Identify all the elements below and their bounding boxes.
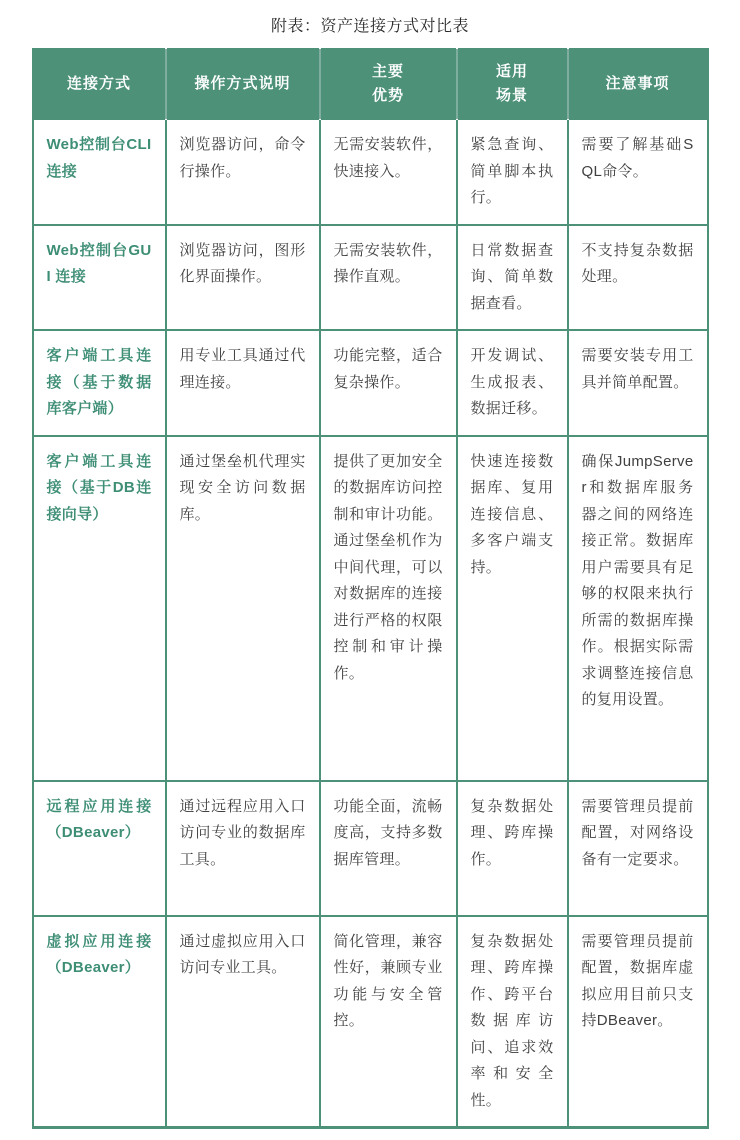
operation-cell: 浏览器访问，图形化界面操作。 xyxy=(166,225,320,331)
header-operation-description: 操作方式说明 xyxy=(166,49,320,119)
header-row: 连接方式 操作方式说明 主要 优势 适用 场景 注意事项 xyxy=(33,49,708,119)
header-main-advantage: 主要 优势 xyxy=(320,49,457,119)
header-notes: 注意事项 xyxy=(568,49,708,119)
note-cell: 确保JumpServer和数据库服务器之间的网络连接正常。数据库用户需要具有足够… xyxy=(568,436,708,781)
scenario-cell: 复杂数据处理、跨库操作、跨平台数据库访问、追求效率和安全性。 xyxy=(457,916,568,1128)
table-body: Web控制台CLI连接 浏览器访问，命令行操作。 无需安装软件，快速接入。 紧急… xyxy=(33,119,708,1128)
asset-connection-comparison-table: 连接方式 操作方式说明 主要 优势 适用 场景 注意事项 Web控制台CLI连接… xyxy=(32,48,709,1129)
table-row: 客户端工具连接（基于DB连接向导） 通过堡垒机代理实现安全访问数据库。 提供了更… xyxy=(33,436,708,781)
advantage-cell: 提供了更加安全的数据库访问控制和审计功能。通过堡垒机作为中间代理，可以对数据库的… xyxy=(320,436,457,781)
header-connection-method: 连接方式 xyxy=(33,49,166,119)
note-cell: 不支持复杂数据处理。 xyxy=(568,225,708,331)
operation-cell: 用专业工具通过代理连接。 xyxy=(166,330,320,436)
page-title: 附表：资产连接方式对比表 xyxy=(0,0,740,48)
advantage-cell: 功能完整，适合复杂操作。 xyxy=(320,330,457,436)
note-cell: 需要管理员提前配置，数据库虚拟应用目前只支持DBeaver。 xyxy=(568,916,708,1128)
advantage-cell: 简化管理，兼容性好，兼顾专业功能与安全管控。 xyxy=(320,916,457,1128)
scenario-cell: 紧急查询、简单脚本执行。 xyxy=(457,119,568,225)
advantage-cell: 功能全面，流畅度高，支持多数据库管理。 xyxy=(320,781,457,916)
operation-cell: 浏览器访问，命令行操作。 xyxy=(166,119,320,225)
table-row: Web控制台GUI 连接 浏览器访问，图形化界面操作。 无需安装软件，操作直观。… xyxy=(33,225,708,331)
advantage-cell: 无需安装软件，快速接入。 xyxy=(320,119,457,225)
method-cell: Web控制台GUI 连接 xyxy=(33,225,166,331)
header-applicable-scenario: 适用 场景 xyxy=(457,49,568,119)
method-cell: 客户端工具连接（基于DB连接向导） xyxy=(33,436,166,781)
method-cell: 虚拟应用连接（DBeaver） xyxy=(33,916,166,1128)
operation-cell: 通过堡垒机代理实现安全访问数据库。 xyxy=(166,436,320,781)
document-page: 附表：资产连接方式对比表 连接方式 操作方式说明 主要 优势 适用 场景 注意事… xyxy=(0,0,740,1129)
note-cell: 需要安装专用工具并简单配置。 xyxy=(568,330,708,436)
table-row: 客户端工具连接（基于数据库客户端） 用专业工具通过代理连接。 功能完整，适合复杂… xyxy=(33,330,708,436)
scenario-cell: 开发调试、生成报表、数据迁移。 xyxy=(457,330,568,436)
table-row: 虚拟应用连接（DBeaver） 通过虚拟应用入口访问专业工具。 简化管理，兼容性… xyxy=(33,916,708,1128)
note-cell: 需要管理员提前配置，对网络设备有一定要求。 xyxy=(568,781,708,916)
scenario-cell: 复杂数据处理、跨库操作。 xyxy=(457,781,568,916)
advantage-cell: 无需安装软件，操作直观。 xyxy=(320,225,457,331)
scenario-cell: 快速连接数据库、复用连接信息、多客户端支持。 xyxy=(457,436,568,781)
note-cell: 需要了解基础SQL命令。 xyxy=(568,119,708,225)
table-row: 远程应用连接（DBeaver） 通过远程应用入口访问专业的数据库工具。 功能全面… xyxy=(33,781,708,916)
table-row: Web控制台CLI连接 浏览器访问，命令行操作。 无需安装软件，快速接入。 紧急… xyxy=(33,119,708,225)
operation-cell: 通过虚拟应用入口访问专业工具。 xyxy=(166,916,320,1128)
scenario-cell: 日常数据查询、简单数据查看。 xyxy=(457,225,568,331)
table-header: 连接方式 操作方式说明 主要 优势 适用 场景 注意事项 xyxy=(33,49,708,119)
method-cell: Web控制台CLI连接 xyxy=(33,119,166,225)
method-cell: 客户端工具连接（基于数据库客户端） xyxy=(33,330,166,436)
method-cell: 远程应用连接（DBeaver） xyxy=(33,781,166,916)
operation-cell: 通过远程应用入口访问专业的数据库工具。 xyxy=(166,781,320,916)
